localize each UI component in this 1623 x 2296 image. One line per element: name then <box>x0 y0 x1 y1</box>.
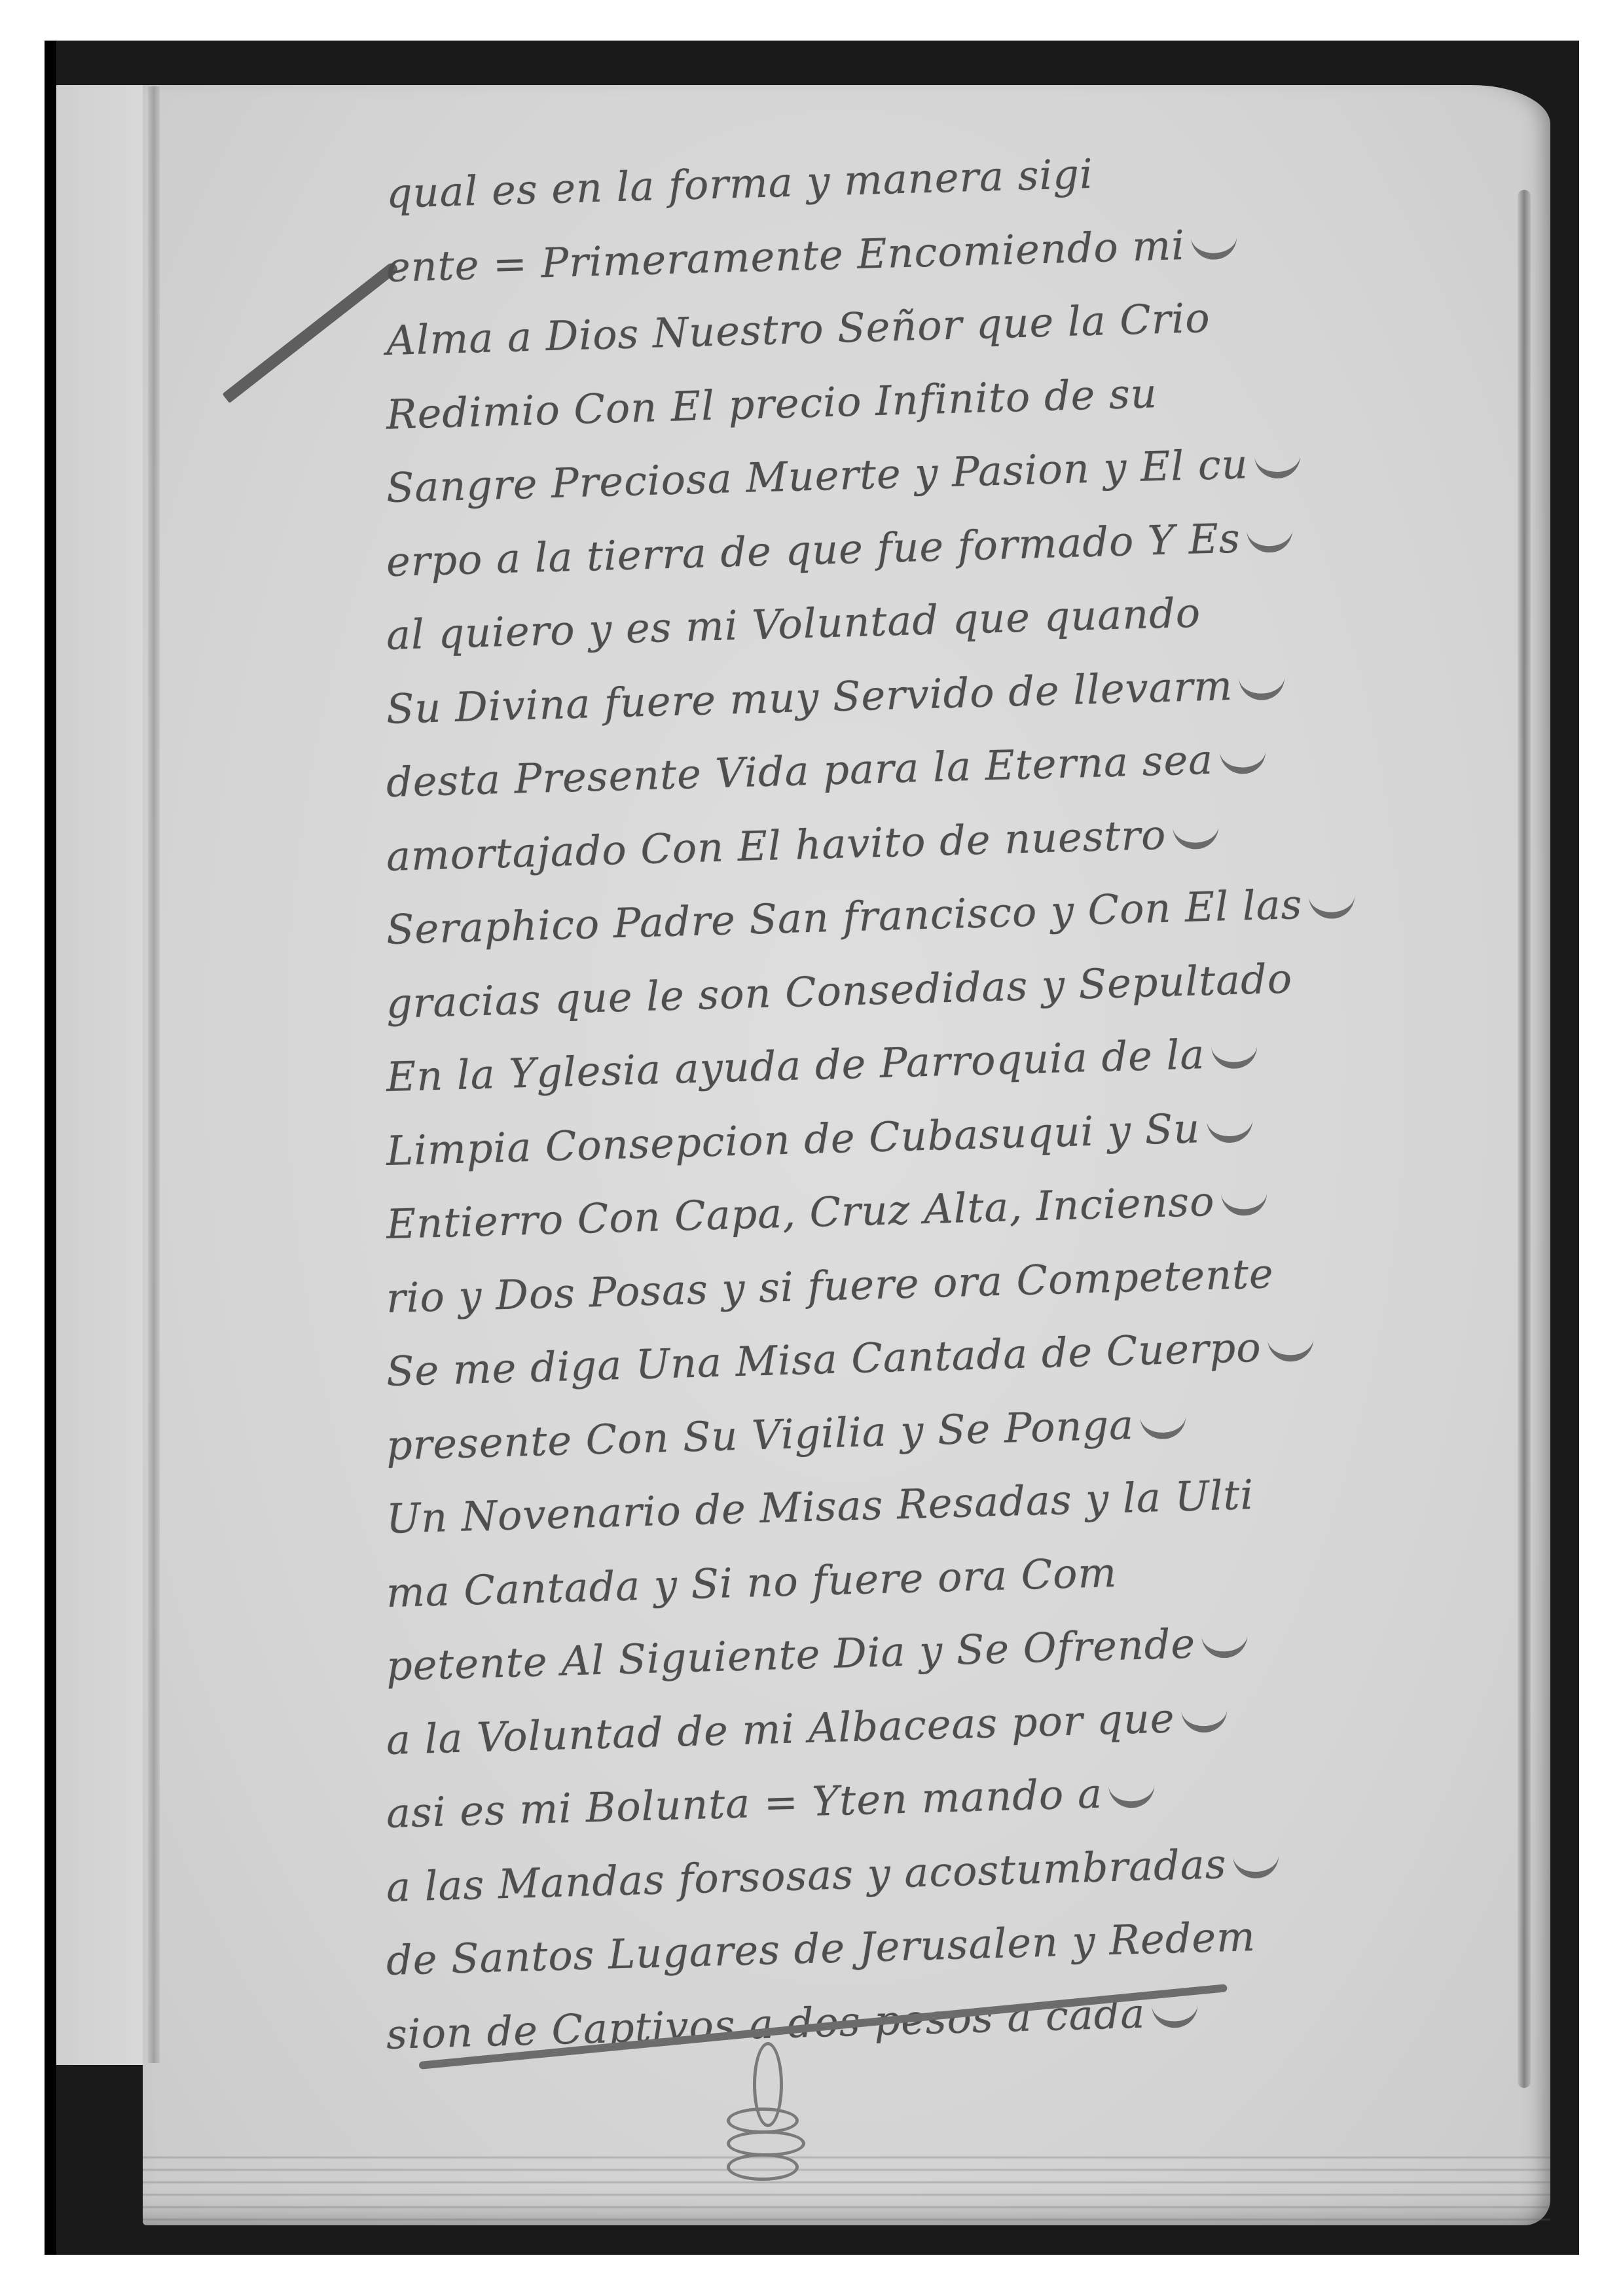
line-end-flourish-icon <box>1192 235 1238 260</box>
line-end-flourish-icon <box>1220 749 1266 774</box>
page-bottom-worn-edge <box>143 2147 1550 2225</box>
line-text: desta Presente Vida para la Eterna sea <box>386 736 1214 806</box>
line-end-flourish-icon <box>1207 1118 1253 1143</box>
line-text: Se me diga Una Misa Cantada de Cuerpo <box>386 1323 1262 1395</box>
line-text: Su Divina fuere muy Servido de llevarm <box>386 661 1233 732</box>
line-text: Sangre Preciosa Muerte y Pasion y El cu <box>386 440 1249 512</box>
line-end-flourish-icon <box>1108 1784 1155 1808</box>
line-end-flourish-icon <box>1239 675 1286 700</box>
line-text: petente Al Siguiente Dia y Se Ofrende <box>386 1619 1196 1689</box>
line-text: rio y Dos Posas y si fuere ora Competent… <box>386 1249 1275 1322</box>
line-text: gracias que le son Consedidas y Sepultad… <box>386 954 1293 1028</box>
line-text: ente = Primeramente Encomiendo mi <box>386 221 1186 291</box>
line-end-flourish-icon <box>1247 528 1293 553</box>
line-text: presente Con Su Vigilia y Se Ponga <box>386 1401 1135 1469</box>
line-end-flourish-icon <box>1140 1414 1187 1439</box>
line-text: al quiero y es mi Voluntad que quando <box>386 588 1201 659</box>
line-end-flourish-icon <box>1233 1854 1279 1878</box>
line-end-flourish-icon <box>1202 1634 1249 1659</box>
line-text: Seraphico Padre San francisco y Con El l… <box>386 880 1303 954</box>
line-end-flourish-icon <box>1173 825 1219 850</box>
line-text: Redimio Con El precio Infinito de su <box>386 369 1158 439</box>
line-text: ma Cantada y Si no fuere ora Com <box>386 1548 1118 1616</box>
line-text: erpo a la tierra de que fue formado Y Es <box>386 514 1241 585</box>
rubric-signature-icon <box>727 2042 818 2199</box>
line-end-flourish-icon <box>1267 1337 1314 1362</box>
line-text: a las Mandas forsosas y acostumbradas <box>386 1840 1227 1911</box>
line-end-flourish-icon <box>1221 1191 1267 1216</box>
line-text: En la Yglesia ayuda de Parroquia de la <box>386 1030 1205 1101</box>
line-end-flourish-icon <box>1211 1045 1258 1069</box>
manuscript-text-block: qual es en la forma y manera sigi ente =… <box>386 157 1316 2072</box>
line-text: qual es en la forma y manera sigi <box>386 150 1094 217</box>
line-text: a la Voluntad de mi Albaceas por que <box>386 1694 1175 1764</box>
line-text: asi es mi Bolunta = Yten mando a <box>386 1769 1103 1837</box>
line-text: Limpia Consepcion de Cubasuqui y Su <box>386 1104 1201 1175</box>
line-end-flourish-icon <box>1181 1708 1228 1733</box>
page-right-edge-curl <box>1518 190 1531 2088</box>
line-text: Entierro Con Capa, Cruz Alta, Incienso <box>386 1177 1215 1248</box>
line-end-flourish-icon <box>1152 2003 1198 2028</box>
line-text: Un Novenario de Misas Resadas y la Ulti <box>386 1471 1254 1543</box>
line-text: Alma a Dios Nuestro Señor que la Crio <box>386 294 1211 365</box>
line-text: de Santos Lugares de Jerusalen y Redem <box>386 1912 1256 1984</box>
line-end-flourish-icon <box>1254 454 1301 479</box>
line-text: amortajado Con El havito de nuestro <box>386 810 1167 880</box>
scanner-left-strip <box>45 41 56 2255</box>
binding-fold-line <box>148 86 160 2063</box>
